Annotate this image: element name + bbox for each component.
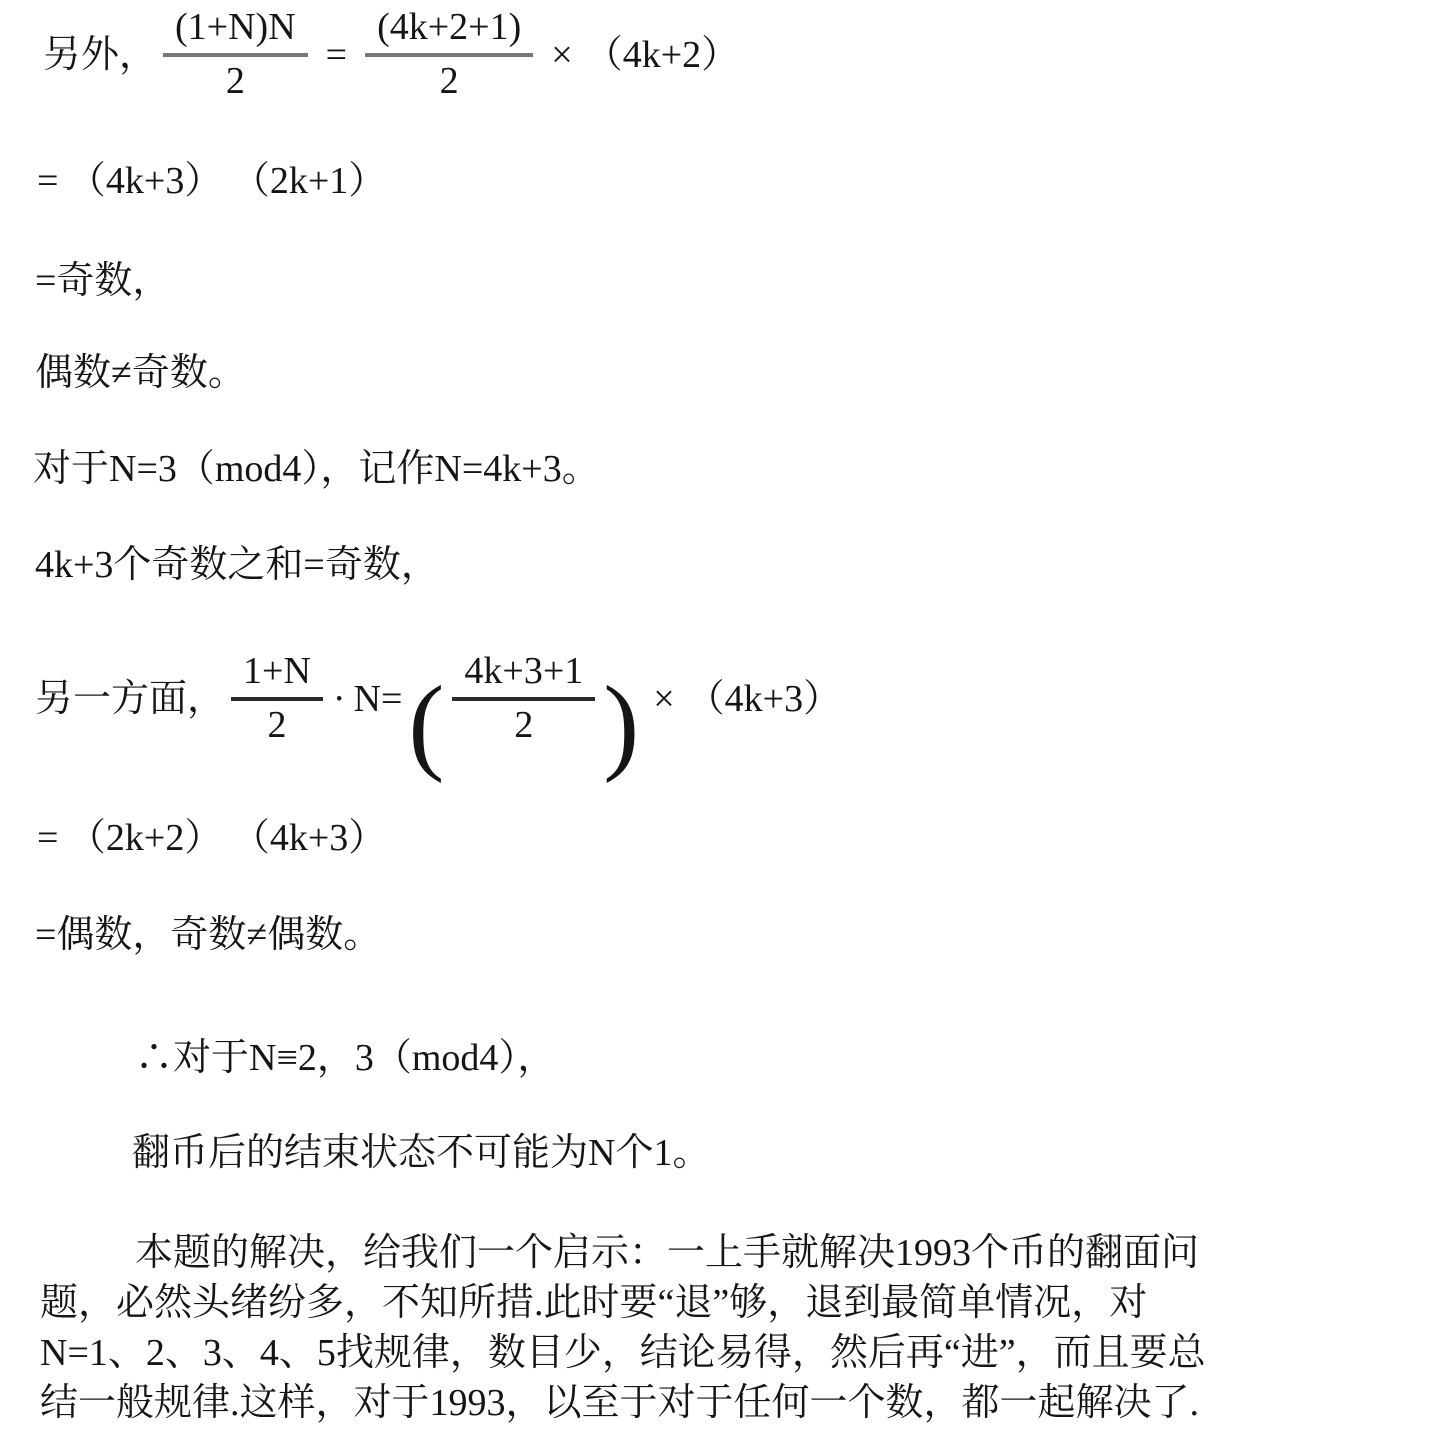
paragraph-line: 结一般规律.这样，对于1993，以至于对于任何一个数，都一起解决了. [40,1378,1418,1428]
middle-dot: · [333,676,346,722]
closing-paragraph: 本题的解决，给我们一个启示：一上手就解决1993个币的翻面问 题，必然头绪纷多，… [40,1228,1418,1428]
formula-line-1: 另外， (1+N)N 2 = (4k+2+1) 2 × （4k+2） [43,8,739,102]
text-line-even-neq-odd: 偶数≠奇数。 [35,350,246,396]
multiplication-sign: × [653,676,674,722]
equals-sign: = [326,32,347,78]
n-equals: N= [354,676,403,722]
fraction-denominator: 2 [514,701,533,746]
text-line-sum-of-odds: 4k+3个奇数之和=奇数， [35,542,439,588]
paragraph-line: 本题的解决，给我们一个启示：一上手就解决1993个币的翻面问 [40,1228,1418,1278]
text-line-conclusion: 翻币后的结束状态不可能为N个1。 [132,1130,710,1176]
fraction-denominator: 2 [267,701,286,746]
text-line-therefore: ∴对于N≡2，3（mod4）， [135,1035,555,1081]
fraction-denominator: 2 [440,57,459,102]
text-line-eq-4k3-2k1: = （4k+3） （2k+1） [37,158,386,204]
formula1-prefix: 另外， [43,32,157,78]
multiplication-sign: × [551,32,572,78]
fraction-numerator: (4k+2+1) [365,8,533,57]
text-line-even-odd-neq: =偶数，奇数≠偶数。 [35,912,381,958]
text-line-eq-2k2-4k3: = （2k+2） （4k+3） [37,815,386,861]
document-page: 另外， (1+N)N 2 = (4k+2+1) 2 × （4k+2） = （4k… [0,0,1440,1430]
fraction: 4k+3+1 2 [452,652,595,746]
fraction-numerator: 4k+3+1 [452,652,595,701]
fraction-numerator: 1+N [231,652,323,701]
text-line-mod4-case: 对于N=3（mod4），记作N=4k+3。 [33,446,600,492]
formula2-suffix: （4k+3） [687,676,841,722]
fraction-numerator: (1+N)N [163,8,308,57]
formula2-prefix: 另一方面， [35,676,225,722]
formula-line-2: 另一方面， 1+N 2 · N= ( 4k+3+1 2 ) × （4k+3） [35,652,841,746]
fraction-denominator: 2 [226,57,245,102]
text-line-odd: =奇数， [35,258,170,304]
paragraph-line: 题，必然头绪纷多，不知所措.此时要“退”够，退到最简单情况，对 [40,1278,1418,1328]
paragraph-line: N=1、2、3、4、5找规律，数目少，结论易得，然后再“进”，而且要总 [40,1328,1418,1378]
fraction: (1+N)N 2 [163,8,308,102]
fraction: (4k+2+1) 2 [365,8,533,102]
formula1-suffix: （4k+2） [585,32,739,78]
fraction: 1+N 2 [231,652,323,746]
